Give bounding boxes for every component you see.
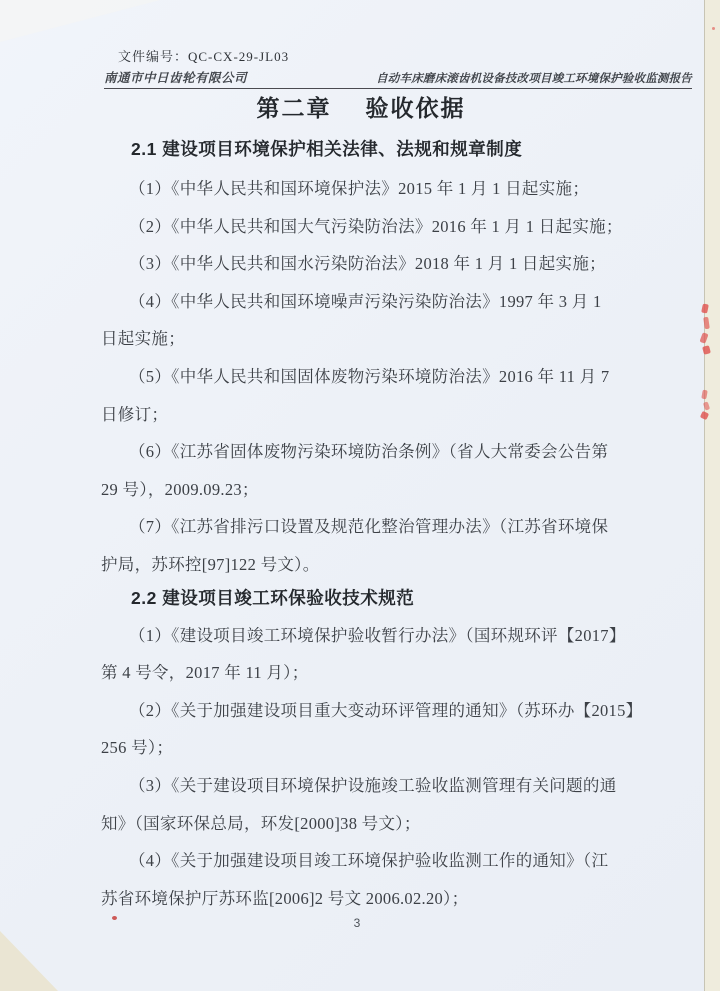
section-2-1-lines: （1）《中华人民共和国环境保护法》2015 年 1 月 1 日起实施；（2）《中… (101, 170, 625, 584)
document-body: 2.1 建设项目环境保护相关法律、法规和规章制度 （1）《中华人民共和国环境保护… (101, 128, 625, 917)
header-rule: 南通市中日齿轮有限公司 自动车床磨床滚齿机设备技改项目竣工环境保护验收监测报告 (104, 65, 692, 89)
text-line: （2）《中华人民共和国大气污染防治法》2016 年 1 月 1 日起实施； (101, 208, 625, 246)
scan-corner-bottom-left (0, 931, 58, 991)
section-heading-2-2: 2.2 建设项目竣工环保验收技术规范 (101, 579, 625, 617)
text-line: 第 4 号令，2017 年 11 月）； (101, 654, 625, 692)
text-line: 日修订； (101, 396, 625, 434)
scan-edge-right (704, 0, 720, 991)
document-page: 文件编号：QC-CX-29-JL03 南通市中日齿轮有限公司 自动车床磨床滚齿机… (0, 0, 720, 991)
text-line: （5）《中华人民共和国固体废物污染环境防治法》2016 年 11 月 7 (101, 358, 625, 396)
red-ink-speck (712, 27, 715, 30)
text-line: （7）《江苏省排污口设置及规范化整治管理办法》（江苏省环境保 (101, 508, 625, 546)
text-line: （3）《关于建设项目环境保护设施竣工验收监测管理有关问题的通 (101, 767, 625, 805)
text-line: （6）《江苏省固体废物污染环境防治条例》（省人大常委会公告第 (101, 433, 625, 471)
chapter-name: 验收依据 (366, 95, 466, 121)
chapter-number: 第二章 (257, 95, 332, 121)
text-line: （4）《关于加强建设项目竣工环境保护验收监测工作的通知》（江 (101, 842, 625, 880)
page-header: 文件编号：QC-CX-29-JL03 南通市中日齿轮有限公司 自动车床磨床滚齿机… (104, 46, 692, 89)
page-number: 3 (0, 916, 714, 930)
chapter-title: 第二章验收依据 (100, 90, 622, 123)
section-2-2-lines: （1）《建设项目竣工环境保护验收暂行办法》（国环规环评【2017】第 4 号令，… (101, 617, 625, 918)
text-line: （3）《中华人民共和国水污染防治法》2018 年 1 月 1 日起实施； (101, 245, 625, 283)
text-line: 日起实施； (101, 320, 625, 358)
red-ink-dot (112, 916, 117, 920)
report-title: 自动车床磨床滚齿机设备技改项目竣工环境保护验收监测报告 (376, 70, 692, 86)
text-line: （1）《中华人民共和国环境保护法》2015 年 1 月 1 日起实施； (101, 170, 625, 208)
text-line: 29 号），2009.09.23； (101, 471, 625, 509)
scan-corner-top-left (0, 0, 160, 42)
section-2-1: 2.1 建设项目环境保护相关法律、法规和规章制度 （1）《中华人民共和国环境保护… (101, 128, 625, 584)
text-line: 苏省环境保护厅苏环监[2006]2 号文 2006.02.20）； (101, 880, 625, 918)
section-heading-2-1: 2.1 建设项目环境保护相关法律、法规和规章制度 (101, 128, 625, 170)
company-name: 南通市中日齿轮有限公司 (104, 68, 247, 86)
text-line: 256 号）； (101, 729, 625, 767)
text-line: 知》（国家环保总局，环发[2000]38 号文）； (101, 805, 625, 843)
text-line: （2）《关于加强建设项目重大变动环评管理的通知》（苏环办【2015】 (101, 692, 625, 730)
doc-number: 文件编号：QC-CX-29-JL03 (104, 46, 692, 65)
section-2-2: 2.2 建设项目竣工环保验收技术规范 （1）《建设项目竣工环境保护验收暂行办法》… (101, 579, 625, 918)
text-line: （4）《中华人民共和国环境噪声污染污染防治法》1997 年 3 月 1 (101, 283, 625, 321)
text-line: （1）《建设项目竣工环境保护验收暂行办法》（国环规环评【2017】 (101, 617, 625, 655)
